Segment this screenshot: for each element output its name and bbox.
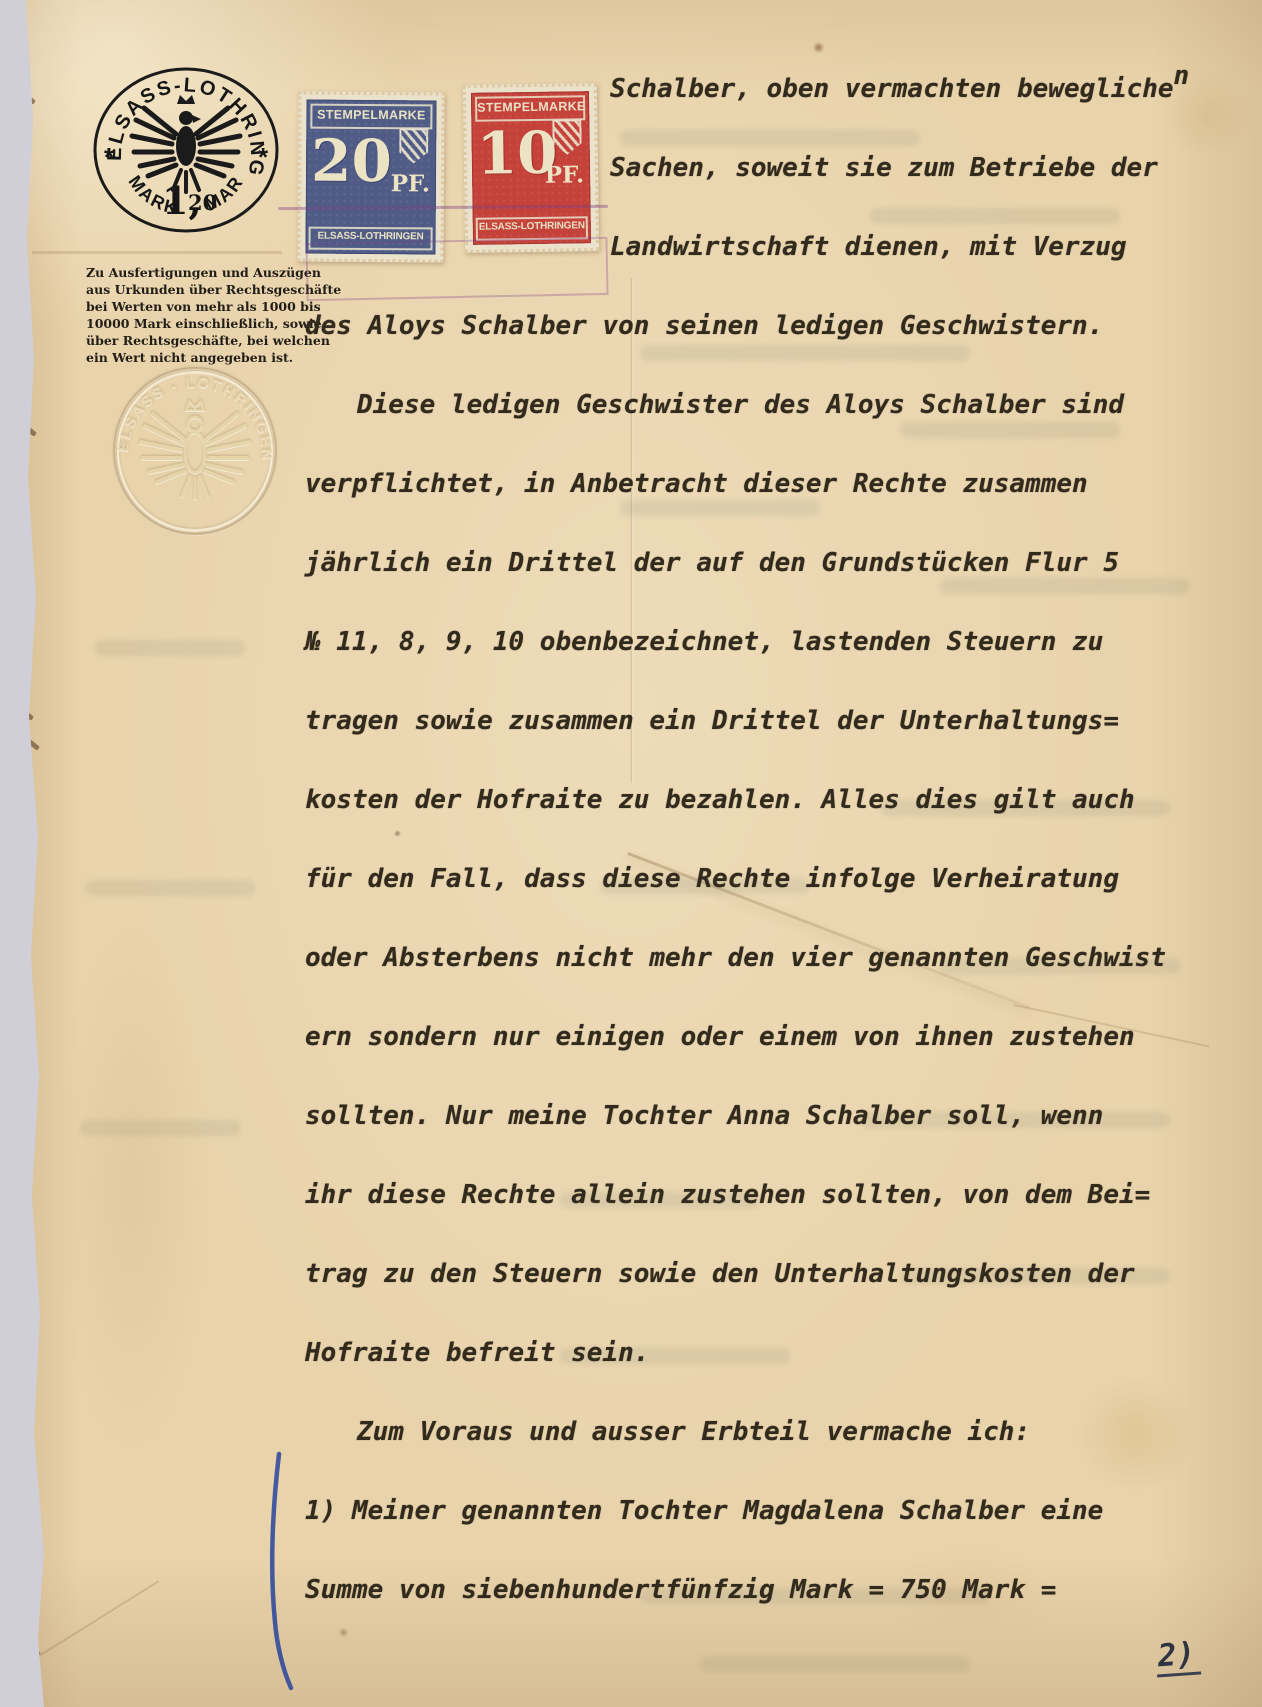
ghost-impression	[640, 345, 970, 361]
typed-line: trag zu den Steuern sowie den Unterhaltu…	[305, 1259, 1135, 1290]
typed-line: ern sondern nur einigen oder einem von i…	[305, 1022, 1135, 1053]
typed-line: 1) Meiner genannten Tochter Magdalena Sc…	[305, 1496, 1103, 1527]
typed-text: Schalber, oben vermachten bewegliche	[610, 74, 1174, 104]
typed-text: Hofraite befreit sein.	[305, 1338, 649, 1368]
ghost-impression	[700, 1656, 970, 1672]
ghost-impression	[95, 640, 245, 656]
binding-stitch	[27, 1644, 41, 1657]
shield-icon	[399, 128, 428, 163]
embossed-seal: ELSASS - LOTHRINGEN	[100, 356, 290, 546]
ghost-impression	[900, 422, 1120, 438]
typed-text: des Aloys Schalber von seinen ledigen Ge…	[305, 311, 1103, 341]
page-number: 2)	[1155, 1638, 1202, 1677]
typed-line: Diese ledigen Geschwister des Aloys Scha…	[357, 390, 1124, 421]
typed-text: oder Absterbens nicht mehr den vier gena…	[305, 943, 1166, 973]
ghost-impression	[80, 1120, 240, 1136]
revenue-stamp-10pf: STEMPELMARKE 10 PF. ELSASS-LOTHRINGEN	[463, 83, 599, 253]
ghost-impression	[620, 130, 920, 146]
binding-stitch	[24, 1352, 38, 1365]
typed-line: jährlich ein Drittel der auf den Grundst…	[305, 548, 1119, 579]
typed-line: kosten der Hofraite zu bezahlen. Alles d…	[305, 785, 1135, 816]
typed-text: tragen sowie zusammen ein Drittel der Un…	[305, 706, 1119, 736]
typed-text: 1) Meiner genannten Tochter Magdalena Sc…	[305, 1496, 1103, 1526]
stamp-unit: PF.	[391, 172, 430, 195]
typed-line: tragen sowie zusammen ein Drittel der Un…	[305, 706, 1119, 737]
scanned-document-page: ELSASS-LOTHRINGEN * * MARK MARK 1, 20	[0, 0, 1262, 1707]
typed-line: Hofraite befreit sein.	[305, 1338, 649, 1369]
stamp-value: 20	[311, 132, 392, 191]
stamp-title: STEMPELMARKE	[310, 104, 432, 130]
typed-text: sollten. Nur meine Tochter Anna Schalber…	[305, 1101, 1103, 1131]
typed-superscript: n	[1174, 61, 1190, 91]
stain	[52, 920, 212, 1460]
typed-text: Sachen, soweit sie zum Betriebe der	[610, 153, 1158, 183]
typed-text: trag zu den Steuern sowie den Unterhaltu…	[305, 1259, 1135, 1289]
typed-text: Summe von siebenhundertfünfzig Mark = 75…	[305, 1575, 1056, 1605]
fee-notice: Zu Ausfertigungen und Auszügen aus Urkun…	[86, 264, 318, 366]
typed-text: ihr diese Rechte allein zustehen sollten…	[305, 1180, 1150, 1210]
typed-line: des Aloys Schalber von seinen ledigen Ge…	[305, 311, 1103, 342]
stamp-field: STEMPELMARKE 10 PF. ELSASS-LOTHRINGEN	[471, 91, 591, 245]
stamp-region: ELSASS-LOTHRINGEN	[308, 227, 432, 251]
seal-star-right: *	[258, 142, 269, 172]
binding-stitch	[26, 738, 40, 751]
seal-amount-dec: 20	[188, 190, 217, 215]
fee-notice-line: über Rechtsgeschäfte, bei welchen	[86, 332, 318, 349]
fee-seal: ELSASS-LOTHRINGEN * * MARK MARK 1, 20	[86, 62, 286, 258]
seal-star-left: *	[104, 142, 115, 172]
binding-stitch	[23, 424, 37, 437]
typed-text: für den Fall, dass diese Rechte infolge …	[305, 864, 1119, 894]
typed-line: für den Fall, dass diese Rechte infolge …	[305, 864, 1119, 895]
fee-notice-line: aus Urkunden über Rechtsgeschäfte	[86, 281, 318, 298]
fee-notice-line: Zu Ausfertigungen und Auszügen	[86, 264, 318, 281]
typed-line: № 11, 8, 9, 10 obenbezeichnet, lastenden…	[305, 627, 1103, 658]
typed-text: Diese ledigen Geschwister des Aloys Scha…	[357, 390, 1124, 420]
typed-text: jährlich ein Drittel der auf den Grundst…	[305, 548, 1119, 578]
typed-line: Summe von siebenhundertfünfzig Mark = 75…	[305, 1575, 1056, 1606]
stamp-field: STEMPELMARKE 20 PF. ELSASS-LOTHRINGEN	[305, 100, 436, 255]
typed-line: Sachen, soweit sie zum Betriebe der	[610, 153, 1158, 184]
binding-stitch	[23, 1044, 37, 1057]
fee-notice-line: 10000 Mark einschließlich, sowie	[86, 315, 318, 332]
stamp-title: STEMPELMARKE	[475, 95, 585, 122]
binding-stitch	[22, 92, 36, 105]
typed-text: № 11, 8, 9, 10 obenbezeichnet, lastenden…	[305, 627, 1103, 657]
ghost-impression	[870, 208, 1120, 224]
stain	[812, 42, 825, 53]
ghost-impression	[940, 578, 1190, 594]
typed-line: Zum Voraus und ausser Erbteil vermache i…	[357, 1417, 1030, 1448]
stain	[1070, 1380, 1200, 1490]
typed-line: verpflichtet, in Anbetracht dieser Recht…	[305, 469, 1088, 500]
typed-line: Landwirtschaft dienen, mit Verzug	[610, 232, 1127, 263]
imperial-eagle-icon	[132, 95, 240, 192]
stain	[338, 1628, 349, 1637]
paper: ELSASS-LOTHRINGEN * * MARK MARK 1, 20	[0, 0, 1262, 1707]
typed-text: verpflichtet, in Anbetracht dieser Recht…	[305, 469, 1088, 499]
ghost-impression	[620, 500, 820, 516]
stamp-unit: PF.	[545, 163, 585, 187]
typed-line: sollten. Nur meine Tochter Anna Schalber…	[305, 1101, 1103, 1132]
ghost-impression	[85, 880, 255, 896]
typed-line: oder Absterbens nicht mehr den vier gena…	[305, 943, 1166, 974]
typed-line: ihr diese Rechte allein zustehen sollten…	[305, 1180, 1150, 1211]
binding-stitch	[20, 708, 34, 721]
pen-margin-mark	[255, 1442, 315, 1702]
typed-text: kosten der Hofraite zu bezahlen. Alles d…	[305, 785, 1135, 815]
revenue-stamp-20pf: STEMPELMARKE 20 PF. ELSASS-LOTHRINGEN	[297, 91, 444, 262]
typed-text: ern sondern nur einigen oder einem von i…	[305, 1022, 1135, 1052]
typed-text: Landwirtschaft dienen, mit Verzug	[610, 232, 1127, 262]
stamp-region: ELSASS-LOTHRINGEN	[476, 216, 588, 241]
stain	[394, 830, 401, 837]
embossed-eagle-icon	[141, 401, 249, 498]
crease	[31, 1580, 159, 1661]
typed-text: Zum Voraus und ausser Erbteil vermache i…	[357, 1417, 1030, 1447]
typed-line: Schalber, oben vermachten beweglichen	[610, 74, 1189, 105]
fee-notice-line: bei Werten von mehr als 1000 bis	[86, 298, 318, 315]
